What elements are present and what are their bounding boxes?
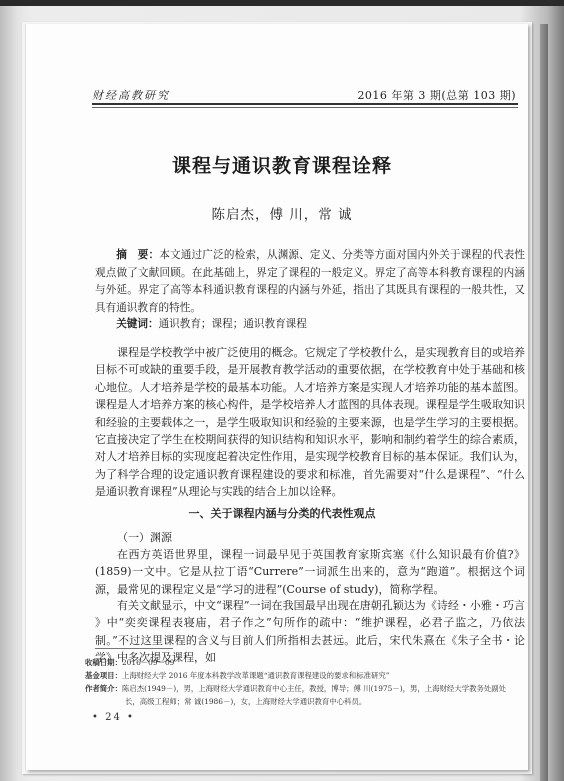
journal-name: 财经高教研究 xyxy=(92,87,170,103)
page-number: • 24 • xyxy=(92,712,135,723)
fund-value: 上海财经大学 2016 年度本科教学改革课题“通识教育课程建设的要求和标准研究” xyxy=(122,669,390,682)
author-value-line2: 长，高级工程师；常 诚(1986－)，女，上海财经大学通识教育中心科员。 xyxy=(85,695,525,708)
keywords: 关键词：通识教育；课程；通识教育课程 xyxy=(95,316,525,333)
fund-label: 基金项目： xyxy=(85,669,122,682)
author-value-line1: 陈启杰(1949－)，男，上海财经大学通识教育中心主任，教授，博导；傅 川(19… xyxy=(122,682,506,695)
footnotes: 收稿日期： 2016－09－09 基金项目： 上海财经大学 2016 年度本科教… xyxy=(85,656,525,708)
intro-paragraph: 课程是学校教学中被广泛使用的概念。它规定了学校教什么，是实现教育目的或培养目标不… xyxy=(95,344,525,501)
footnote-received: 收稿日期： 2016－09－09 xyxy=(85,656,525,669)
abstract-label: 摘 要： xyxy=(116,249,159,261)
author-label: 作者简介： xyxy=(85,682,122,695)
received-label: 收稿日期： xyxy=(85,656,122,669)
subheading-origin: （一）渊源 xyxy=(95,529,525,546)
header-rule-thick xyxy=(92,103,518,105)
abstract-text: 本文通过广泛的检索，从渊源、定义、分类等方面对国内外关于课程的代表性观点做了文献… xyxy=(95,249,525,314)
footnote-author: 作者简介： 陈启杰(1949－)，男，上海财经大学通识教育中心主任，教授，博导；… xyxy=(85,682,525,695)
footnote-rule xyxy=(95,648,173,649)
keywords-label: 关键词： xyxy=(116,318,158,330)
article-authors: 陈启杰，傅 川，常 诚 xyxy=(0,203,564,223)
footnote-fund: 基金项目： 上海财经大学 2016 年度本科教学改革课题“通识教育课程建设的要求… xyxy=(85,669,525,682)
keywords-text: 通识教育；课程；通识教育课程 xyxy=(159,318,307,330)
issue-info: 2016 年第 3 期(总第 103 期) xyxy=(357,87,516,103)
abstract: 摘 要：本文通过广泛的检索，从渊源、定义、分类等方面对国内外关于课程的代表性观点… xyxy=(95,247,525,317)
paragraph-origin-west: 在西方英语世界里，课程一词最早见于英国教育家斯宾塞《什么知识最有价值?》(185… xyxy=(95,546,525,598)
section-heading: 一、关于课程内涵与分类的代表性观点 xyxy=(0,505,564,521)
page-binding-shadow xyxy=(540,24,548,781)
received-value: 2016－09－09 xyxy=(122,656,174,669)
header-rule-thin xyxy=(92,107,518,108)
article-title: 课程与通识教育课程诠释 xyxy=(0,151,564,178)
